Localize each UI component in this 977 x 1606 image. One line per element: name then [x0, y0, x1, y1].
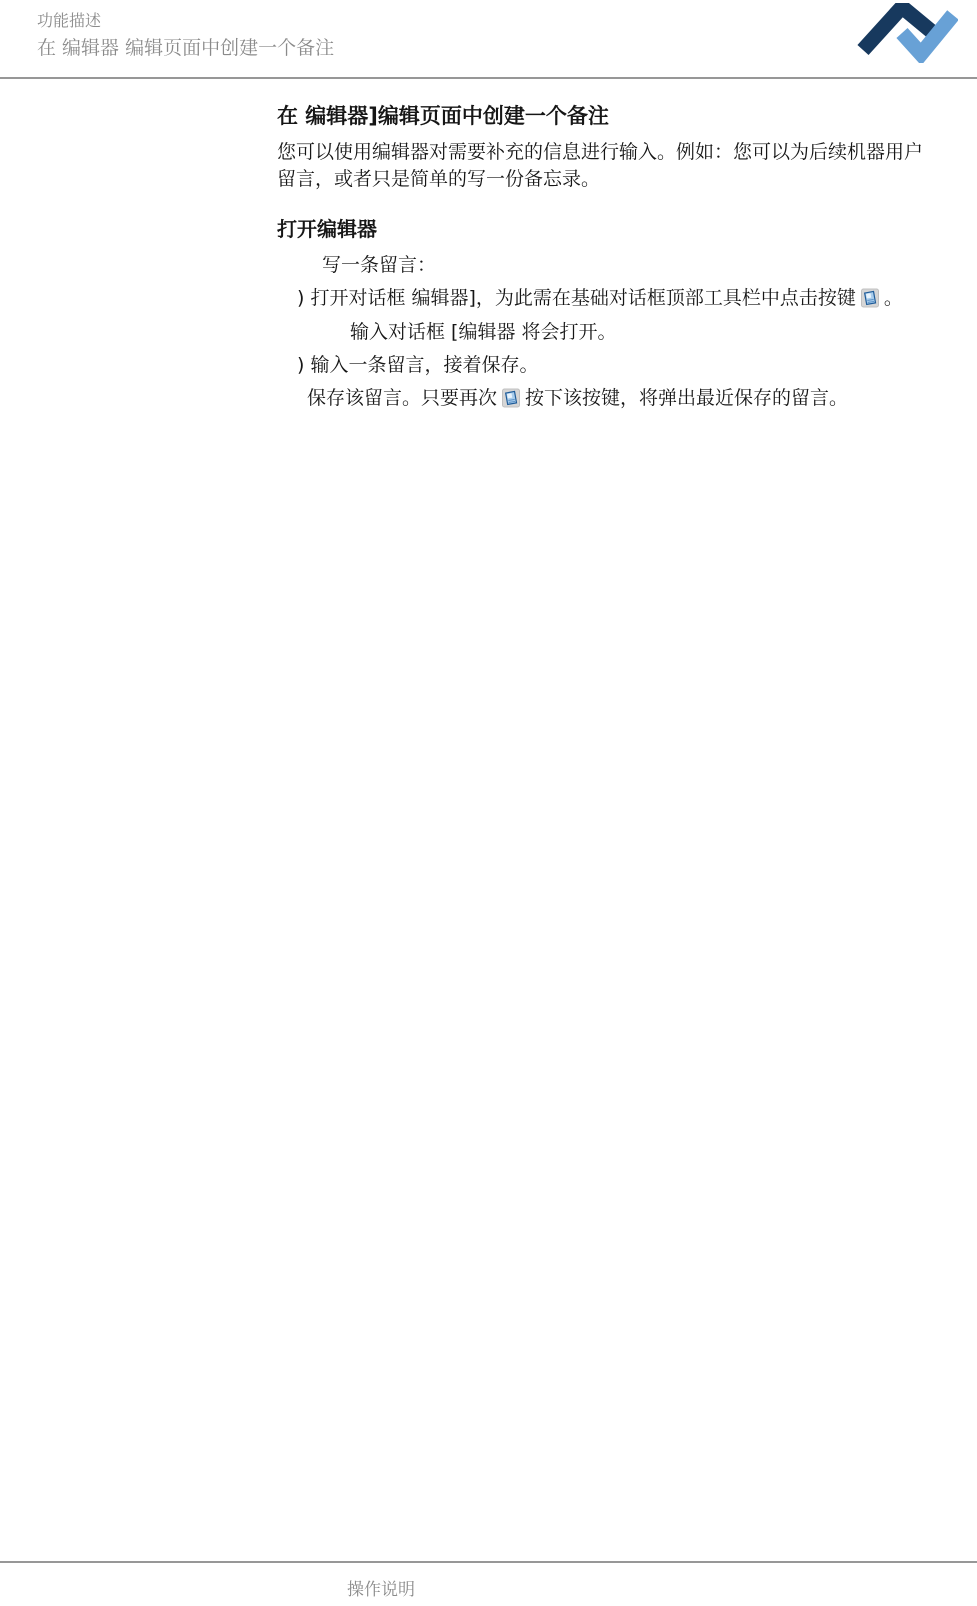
- page-title: 在 编辑器]编辑页面中创建一个备注: [277, 100, 609, 130]
- step1-text: ) 打开对话框 编辑器]，为此需在基础对话框顶部工具栏中点击按键: [297, 287, 856, 309]
- brand-logo-icon: [856, 3, 958, 63]
- step-save-note: 保存该留言。只要再次 按下该按键，将弹出最近保存的留言。: [307, 383, 848, 410]
- note-text-pre: 保存该留言。只要再次: [307, 387, 497, 409]
- footer-label: 操作说明: [347, 1575, 415, 1600]
- editor-button-icon: [861, 288, 879, 308]
- header-chapter-title: 在 编辑器 编辑页面中创建一个备注: [37, 33, 334, 60]
- task-label: 写一条留言：: [322, 250, 436, 277]
- header-doc-type: 功能描述: [37, 8, 101, 31]
- step1-period: 。: [884, 287, 903, 309]
- intro-line1: 您可以使用编辑器对需要补充的信息进行输入。例如：您可以为后续机器用户: [277, 139, 923, 166]
- footer-divider: [0, 1561, 977, 1563]
- editor-button-icon: [502, 388, 520, 408]
- intro-line2: 留言，或者只是简单的写一份备忘录。: [277, 166, 923, 193]
- note-text-post: 按下该按键，将弹出最近保存的留言。: [525, 387, 848, 409]
- section-heading: 打开编辑器: [277, 213, 377, 242]
- step-result: 输入对话框 [编辑器 将会打开。: [350, 317, 617, 344]
- step-open-editor: ) 打开对话框 编辑器]，为此需在基础对话框顶部工具栏中点击按键 。: [297, 283, 903, 310]
- header-divider: [0, 77, 977, 79]
- step-enter-message: ) 输入一条留言，接着保存。: [297, 350, 538, 377]
- intro-paragraph: 您可以使用编辑器对需要补充的信息进行输入。例如：您可以为后续机器用户 留言，或者…: [277, 139, 923, 193]
- document-page: 功能描述 在 编辑器 编辑页面中创建一个备注 在 编辑器]编辑页面中创建一个备注…: [0, 0, 977, 1606]
